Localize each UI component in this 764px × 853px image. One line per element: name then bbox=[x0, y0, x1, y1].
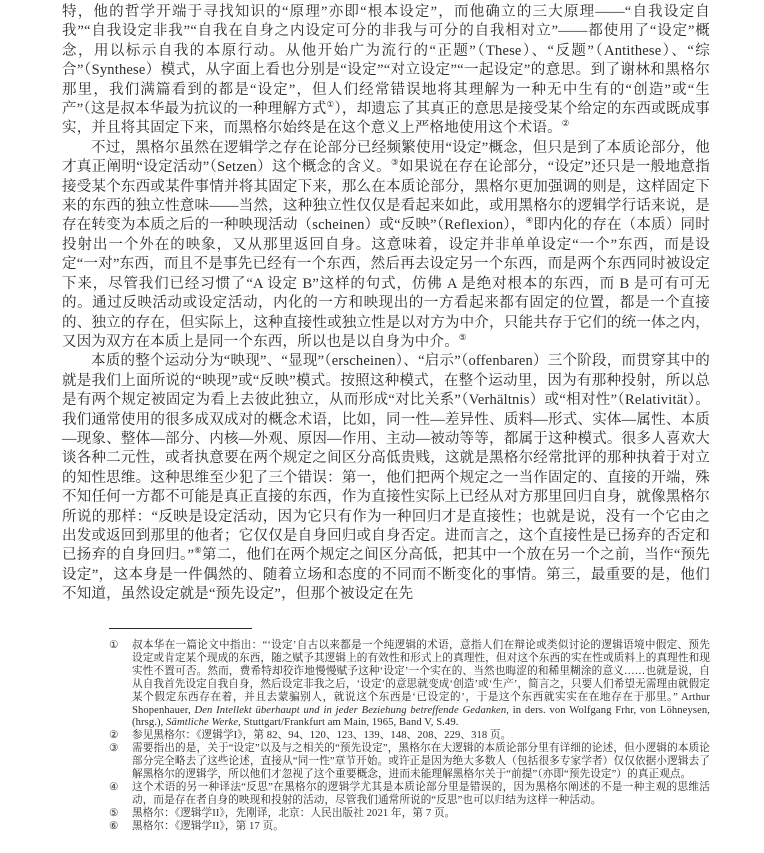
footnotes-section: ①叔本华在一篇论文中指出：“‘设定’自古以来都是一个纯逻辑的术语，意指人们在辩论… bbox=[109, 640, 710, 834]
body-paragraph: 本质的整个运动分为“映现”、“显现”（erscheinen）、“启示”（offe… bbox=[62, 352, 710, 604]
footnote-item: ①叔本华在一篇论文中指出：“‘设定’自古以来都是一个纯逻辑的术语，意指人们在辩论… bbox=[109, 640, 710, 730]
footnote-item: ⑤黑格尔：《逻辑学II》，先刚译，北京：人民出版社 2021 年，第 7 页。 bbox=[109, 808, 710, 821]
footnote-text: 参见黑格尔：《逻辑学I》，第 82、94、120、123、139、148、208… bbox=[132, 730, 511, 741]
footnote-marker: ① bbox=[109, 640, 119, 653]
footnote-text: 叔本华在一篇论文中指出：“‘设定’自古以来都是一个纯逻辑的术语，意指人们在辩论或… bbox=[132, 640, 710, 728]
italic-citation: Den Intellekt überhaupt und in jeder Bez… bbox=[194, 705, 506, 716]
footnote-text: 这个术语的另一种译法“反思”在黑格尔的逻辑学尤其是本质论部分里是错误的，因为黑格… bbox=[132, 782, 710, 806]
footnote-ref: ② bbox=[562, 119, 570, 129]
footnote-item: ④这个术语的另一种译法“反思”在黑格尔的逻辑学尤其是本质论部分里是错误的，因为黑… bbox=[109, 782, 710, 808]
italic-citation: Sämtliche Werke bbox=[166, 717, 238, 728]
footnote-marker: ② bbox=[109, 730, 119, 743]
main-text: 特，他的哲学开端于寻找知识的“原理”亦即“根本设定”，而他确立的三大原理——“自… bbox=[62, 3, 710, 605]
footnote-item: ③需要指出的是，关于“设定”以及与之相关的“预先设定”，黑格尔在大逻辑的本质论部… bbox=[109, 743, 710, 782]
footnote-marker: ⑥ bbox=[109, 821, 119, 834]
footnote-text: 黑格尔：《逻辑学II》，第 17 页。 bbox=[132, 821, 284, 832]
footnote-separator bbox=[109, 628, 252, 629]
footnote-item: ②参见黑格尔：《逻辑学I》，第 82、94、120、123、139、148、20… bbox=[109, 730, 710, 743]
footnote-text: 需要指出的是，关于“设定”以及与之相关的“预先设定”，黑格尔在大逻辑的本质论部分… bbox=[132, 743, 710, 780]
footnote-ref: ⑤ bbox=[459, 332, 467, 342]
footnote-marker: ⑤ bbox=[109, 808, 119, 821]
footnote-ref: ① bbox=[327, 99, 335, 109]
body-paragraph: 特，他的哲学开端于寻找知识的“原理”亦即“根本设定”，而他确立的三大原理——“自… bbox=[62, 3, 710, 139]
body-paragraph: 不过，黑格尔虽然在逻辑学之存在论部分已经频繁使用“设定”概念，但只是到了本质论部… bbox=[62, 139, 710, 352]
footnote-ref: ④ bbox=[526, 216, 534, 226]
footnote-item: ⑥黑格尔：《逻辑学II》，第 17 页。 bbox=[109, 821, 710, 834]
footnote-marker: ③ bbox=[109, 743, 119, 756]
footnote-ref: ③ bbox=[391, 157, 399, 167]
footnote-ref: ⑥ bbox=[194, 546, 202, 556]
footnote-marker: ④ bbox=[109, 782, 119, 795]
book-page: 特，他的哲学开端于寻找知识的“原理”亦即“根本设定”，而他确立的三大原理——“自… bbox=[0, 0, 764, 853]
footnote-text: 黑格尔：《逻辑学II》，先刚译，北京：人民出版社 2021 年，第 7 页。 bbox=[132, 808, 455, 819]
